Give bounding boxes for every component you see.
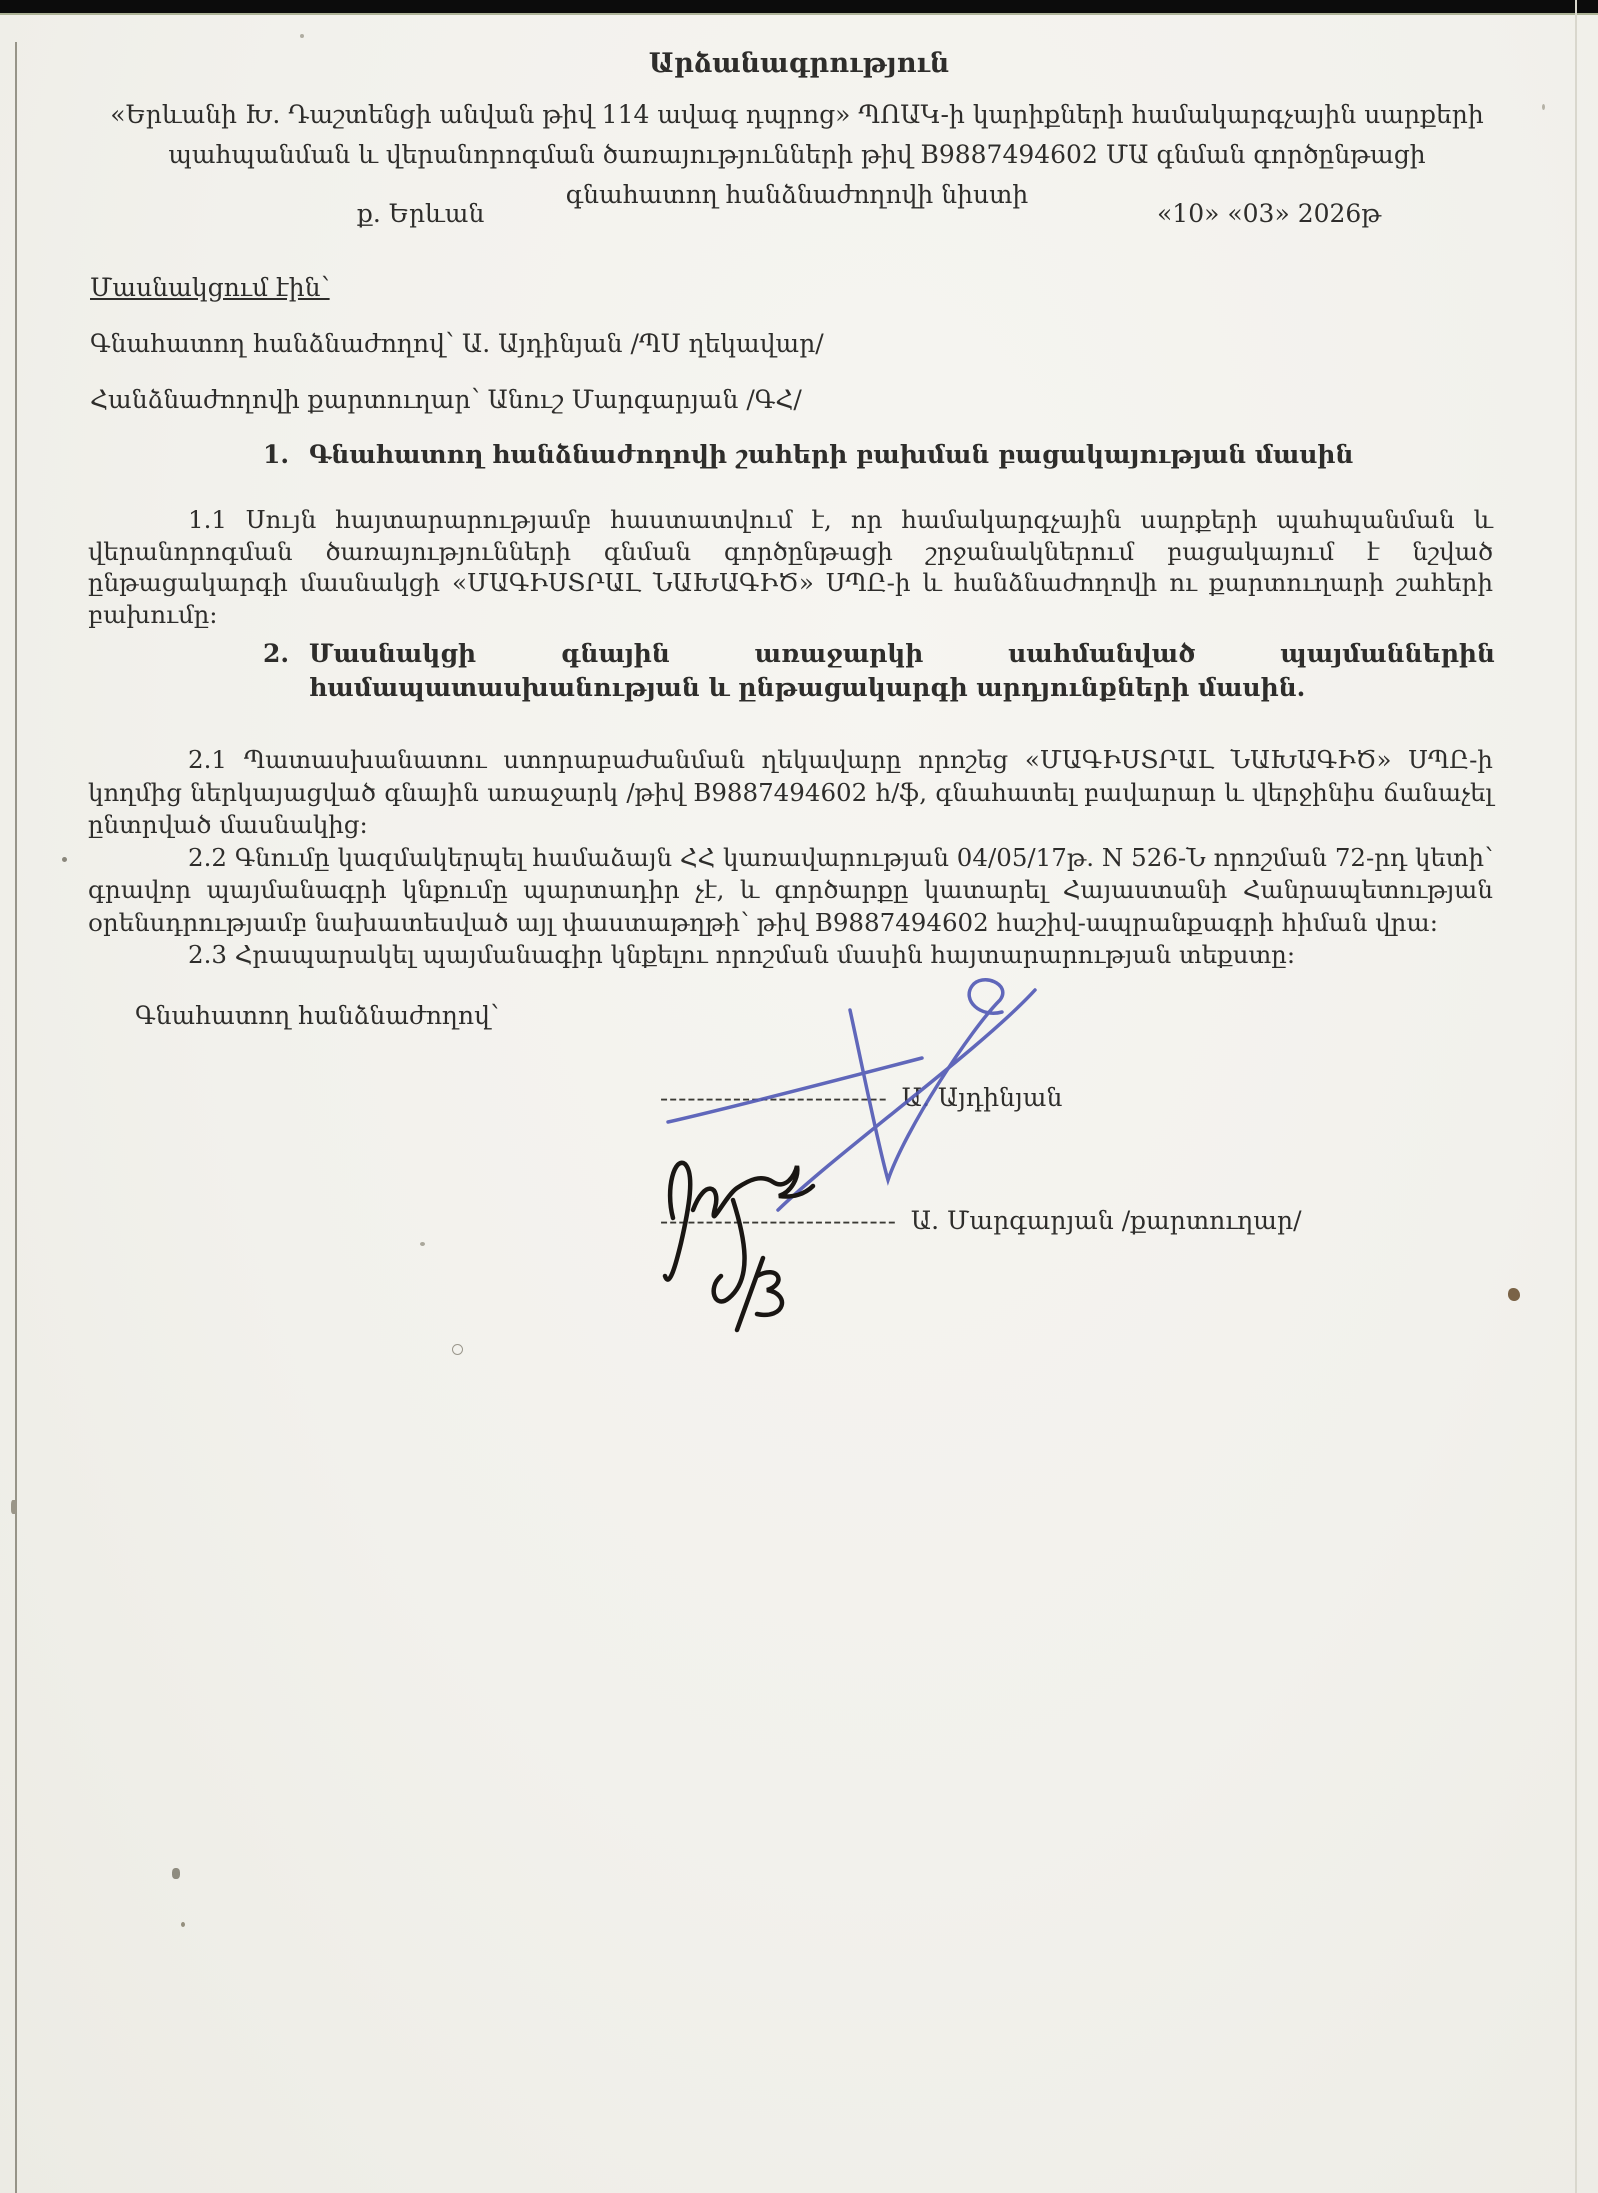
paragraph-1-1: 1.1 Սույն հայտարարությամբ հաստատվում է, … xyxy=(88,504,1493,630)
scan-speck xyxy=(62,857,67,862)
scan-top-edge xyxy=(0,0,1598,13)
signature-dashes: ------------------------- xyxy=(660,1084,888,1112)
scan-speck xyxy=(1542,104,1545,110)
section-2-heading: 2. Մասնակցի գնային առաջարկի սահմանված պա… xyxy=(263,637,1495,705)
scan-left-edge xyxy=(15,42,17,2193)
scanned-protocol-page: Արձանագրություն «Երևանի Խ. Դաշտենցի անվա… xyxy=(0,0,1598,2193)
section-1-heading: 1. Գնահատող հանձնաժողովի շահերի բախման բ… xyxy=(263,438,1495,472)
participant-line: Հանձնաժողովի քարտուղար՝ Անուշ Մարգարյան … xyxy=(90,384,802,416)
secretary-handwritten-signature-icon xyxy=(645,1148,845,1333)
participants-heading: Մասնակցում էին՝ xyxy=(90,272,330,304)
signature-line-chairman: -------------------------Ա. Այդինյան xyxy=(660,1083,1062,1112)
signature-block-label: Գնահատող հանձնաժողով՝ xyxy=(135,1000,499,1032)
signature-dashes: -------------------------- xyxy=(660,1207,897,1235)
section-2-body: 2.1 Պատասխանատու ստորաբաժանման ղեկավարը … xyxy=(88,744,1493,972)
scan-speck xyxy=(420,1242,425,1246)
scan-speck xyxy=(300,34,304,38)
scan-right-edge xyxy=(1575,0,1577,2193)
place-label: ք. Երևան xyxy=(357,198,484,230)
paragraph-2-3: 2.3 Հրապարակել պայմանագիր կնքելու որոշմա… xyxy=(88,939,1493,972)
scan-speck xyxy=(181,1922,185,1927)
signature-name: Ա. Այդինյան xyxy=(902,1083,1063,1112)
scan-speck xyxy=(172,1868,180,1879)
section-1-number: 1. xyxy=(263,438,309,472)
scan-speck xyxy=(452,1344,463,1355)
section-2-number: 2. xyxy=(263,637,309,705)
document-title: Արձանագրություն xyxy=(0,48,1598,80)
paragraph-2-2: 2.2 Գնումը կազմակերպել համաձայն ՀՀ կառավ… xyxy=(88,842,1493,940)
participant-line: Գնահատող հանձնաժողով՝ Ա. Այդինյան /ՊՍ ղե… xyxy=(90,328,824,360)
scan-speck xyxy=(1508,1288,1520,1301)
signature-line-secretary: --------------------------Ա. Մարգարյան /… xyxy=(660,1206,1302,1235)
section-1-title: Գնահատող հանձնաժողովի շահերի բախման բացա… xyxy=(309,438,1495,472)
section-1-body: 1.1 Սույն հայտարարությամբ հաստատվում է, … xyxy=(88,504,1493,630)
section-2-title: Մասնակցի գնային առաջարկի սահմանված պայմա… xyxy=(309,637,1495,705)
date-label: «10» «03» 2026թ xyxy=(1157,198,1381,230)
signature-name: Ա. Մարգարյան /քարտուղար/ xyxy=(911,1206,1302,1235)
document-subtitle: «Երևանի Խ. Դաշտենցի անվան թիվ 114 ավագ դ… xyxy=(92,95,1502,215)
paragraph-2-1: 2.1 Պատասխանատու ստորաբաժանման ղեկավարը … xyxy=(88,744,1493,842)
scan-speck xyxy=(11,1500,17,1514)
